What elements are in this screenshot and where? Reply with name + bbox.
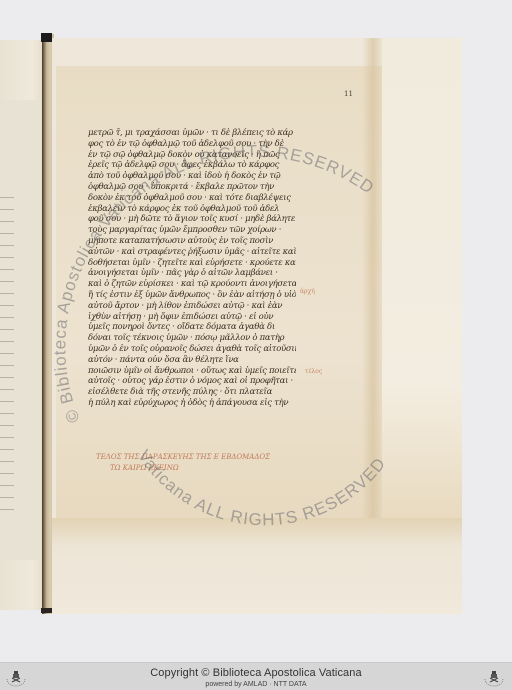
manuscript-viewer[interactable]: 11 μετρῶ τ̄, μι τραχάσσαι ὑμῶν · τι δὲ β… — [0, 0, 512, 662]
manuscript-line: ἐκβαλεῖν τὸ κάρφος ἐκ τοῦ ὀφθαλμοῦ τοῦ ἀ… — [88, 204, 296, 215]
manuscript-line: ἐρεῖς τῷ ἀδελφῷ σου · ἄφες ἐκβάλω τὸ κάρ… — [88, 160, 296, 171]
footer: Copyright © Biblioteca Apostolica Vatica… — [0, 662, 512, 690]
papal-emblem-icon — [482, 667, 506, 687]
folio-number: 11 — [344, 90, 353, 98]
manuscript-line: ἰχθὺν αἰτήσῃ · μὴ ὄφιν ἐπιδώσει αὐτῷ · ε… — [88, 312, 296, 323]
rubric-line: ΤΕΛΟΣ ΤΗΣ ΠΑΡΑΣΚΕΥΗΣ ΤΗΣ Ε ΕΒΔΟΜΑΔΟΣ — [96, 452, 292, 463]
manuscript-line: αὐτῶν · καὶ στραφέντες ῥήξωσιν ὑμᾶς · αἰ… — [88, 247, 296, 258]
manuscript-line: φος τὸ ἐν τῷ ὀφθαλμῷ τοῦ ἀδελφοῦ σου · τ… — [88, 139, 296, 150]
manuscript-line: ἀνοιγήσεται ὑμῖν · πᾶς γὰρ ὁ αἰτῶν λαμβά… — [88, 268, 296, 279]
left-page — [0, 40, 46, 610]
left-page-text-edge — [0, 190, 14, 510]
manuscript-line: δοθήσεται ὑμῖν · ζητεῖτε καὶ εὑρήσετε · … — [88, 258, 296, 269]
clip-marker-top — [41, 33, 52, 42]
manuscript-line: ἐν τῷ σῷ ὀφθαλμῷ δοκὸν οὐ κατανοεῖς · ἢ … — [88, 150, 296, 161]
manuscript-line: δόναι τοῖς τέκνοις ὑμῶν · πόσῳ μᾶλλον ὁ … — [88, 333, 296, 344]
rubric-line: ΤΩ ΚΑΙΡΩ ΕΚΕΙΝΩ — [96, 463, 292, 474]
manuscript-text: μετρῶ τ̄, μι τραχάσσαι ὑμῶν · τι δὲ βλέπ… — [88, 128, 296, 428]
manuscript-line: δοκὸν ἐκ τοῦ ὀφθαλμοῦ σου · καὶ τότε δια… — [88, 193, 296, 204]
folio-bottom-band — [52, 518, 462, 614]
manuscript-line: τοὺς μαργαρίτας ὑμῶν ἔμπροσθεν τῶν χοίρω… — [88, 225, 296, 236]
manuscript-line: ὑμῶν ὁ ἐν τοῖς οὐρανοῖς δώσει ἀγαθὰ τοῖς… — [88, 344, 296, 355]
manuscript-line: αὐτοῖς · οὗτος γάρ ἐστιν ὁ νόμος καὶ οἱ … — [88, 376, 296, 387]
rubric-text: ΤΕΛΟΣ ΤΗΣ ΠΑΡΑΣΚΕΥΗΣ ΤΗΣ Ε ΕΒΔΟΜΑΔΟΣ ΤΩ … — [96, 452, 292, 474]
manuscript-line: ὀφθαλμῷ σου · ὑποκριτά · ἔκβαλε πρῶτον τ… — [88, 182, 296, 193]
manuscript-line: εἰσέλθετε διὰ τῆς στενῆς πύλης · ὅτι πλα… — [88, 387, 296, 398]
manuscript-line: μήποτε καταπατήσωσιν αὐτοὺς ἐν τοῖς ποσὶ… — [88, 236, 296, 247]
manuscript-line: καὶ ὁ ζητῶν εὑρίσκει · καὶ τῷ κρούοντι ἀ… — [88, 279, 296, 290]
manuscript-line: αὐτόν · πάντα οὖν ὅσα ἂν θέλητε ἵνα — [88, 355, 296, 366]
manuscript-line: ἢ τίς ἐστιν ἐξ ὑμῶν ἄνθρωπος · ὃν ἐὰν αἰ… — [88, 290, 296, 301]
margin-note: ἀρχή — [300, 288, 315, 295]
copyright-text: Copyright © Biblioteca Apostolica Vatica… — [0, 667, 512, 679]
manuscript-line: αὐτοῦ ἄρτον · μὴ λίθον ἐπιδώσει αὐτῷ · κ… — [88, 301, 296, 312]
manuscript-line: ποιῶσιν ὑμῖν οἱ ἄνθρωποι · οὕτως καὶ ὑμε… — [88, 366, 296, 377]
margin-note: τέλος — [305, 368, 322, 375]
manuscript-line: ἡ πύλη καὶ εὐρύχωρος ἡ ὁδὸς ἡ ἀπάγουσα ε… — [88, 398, 296, 409]
manuscript-line: ἀπὸ τοῦ ὀφθαλμοῦ σου · καὶ ἰδοὺ ἡ δοκὸς … — [88, 171, 296, 182]
powered-by-text: powered by AMLAD · NTT DATA — [0, 681, 512, 688]
manuscript-line: φοῦ σου · μὴ δῶτε τὸ ἅγιον τοῖς κυσί · μ… — [88, 214, 296, 225]
manuscript-line: μετρῶ τ̄, μι τραχάσσαι ὑμῶν · τι δὲ βλέπ… — [88, 128, 296, 139]
manuscript-line: ὑμεῖς πονηροὶ ὄντες · οἴδατε δόματα ἀγαθ… — [88, 322, 296, 333]
